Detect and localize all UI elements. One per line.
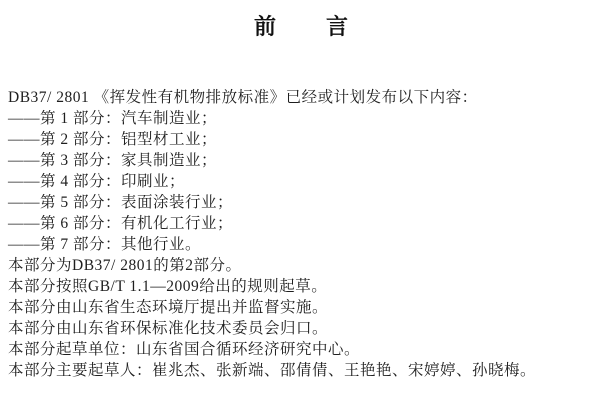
paragraph: 本部分起草单位：山东省国合循环经济研究中心。 [8,339,596,360]
paragraph: 本部分为DB37/ 2801的第2部分。 [8,255,596,276]
foreword-title: 前 言 [0,0,604,41]
foreword-page: 前 言 DB37/ 2801 《挥发性有机物排放标准》已经或计划发布以下内容： … [0,0,604,394]
part-item: ——第 6 部分：有机化工行业； [8,213,596,234]
part-item: ——第 2 部分：铝型材工业； [8,129,596,150]
part-item: ——第 7 部分：其他行业。 [8,234,596,255]
intro-line: DB37/ 2801 《挥发性有机物排放标准》已经或计划发布以下内容： [8,87,596,108]
part-item: ——第 4 部分：印刷业； [8,171,596,192]
paragraph: 本部分按照GB/T 1.1—2009给出的规则起草。 [8,276,596,297]
part-item: ——第 1 部分：汽车制造业； [8,108,596,129]
paragraph: 本部分由山东省生态环境厅提出并监督实施。 [8,297,596,318]
part-item: ——第 3 部分：家具制造业； [8,150,596,171]
paragraph: 本部分由山东省环保标准化技术委员会归口。 [8,318,596,339]
paragraph: 本部分主要起草人：崔兆杰、张新端、邵倩倩、王艳艳、宋婷婷、孙晓梅。 [8,360,596,381]
part-item: ——第 5 部分：表面涂装行业； [8,192,596,213]
foreword-body: DB37/ 2801 《挥发性有机物排放标准》已经或计划发布以下内容： ——第 … [0,87,604,381]
